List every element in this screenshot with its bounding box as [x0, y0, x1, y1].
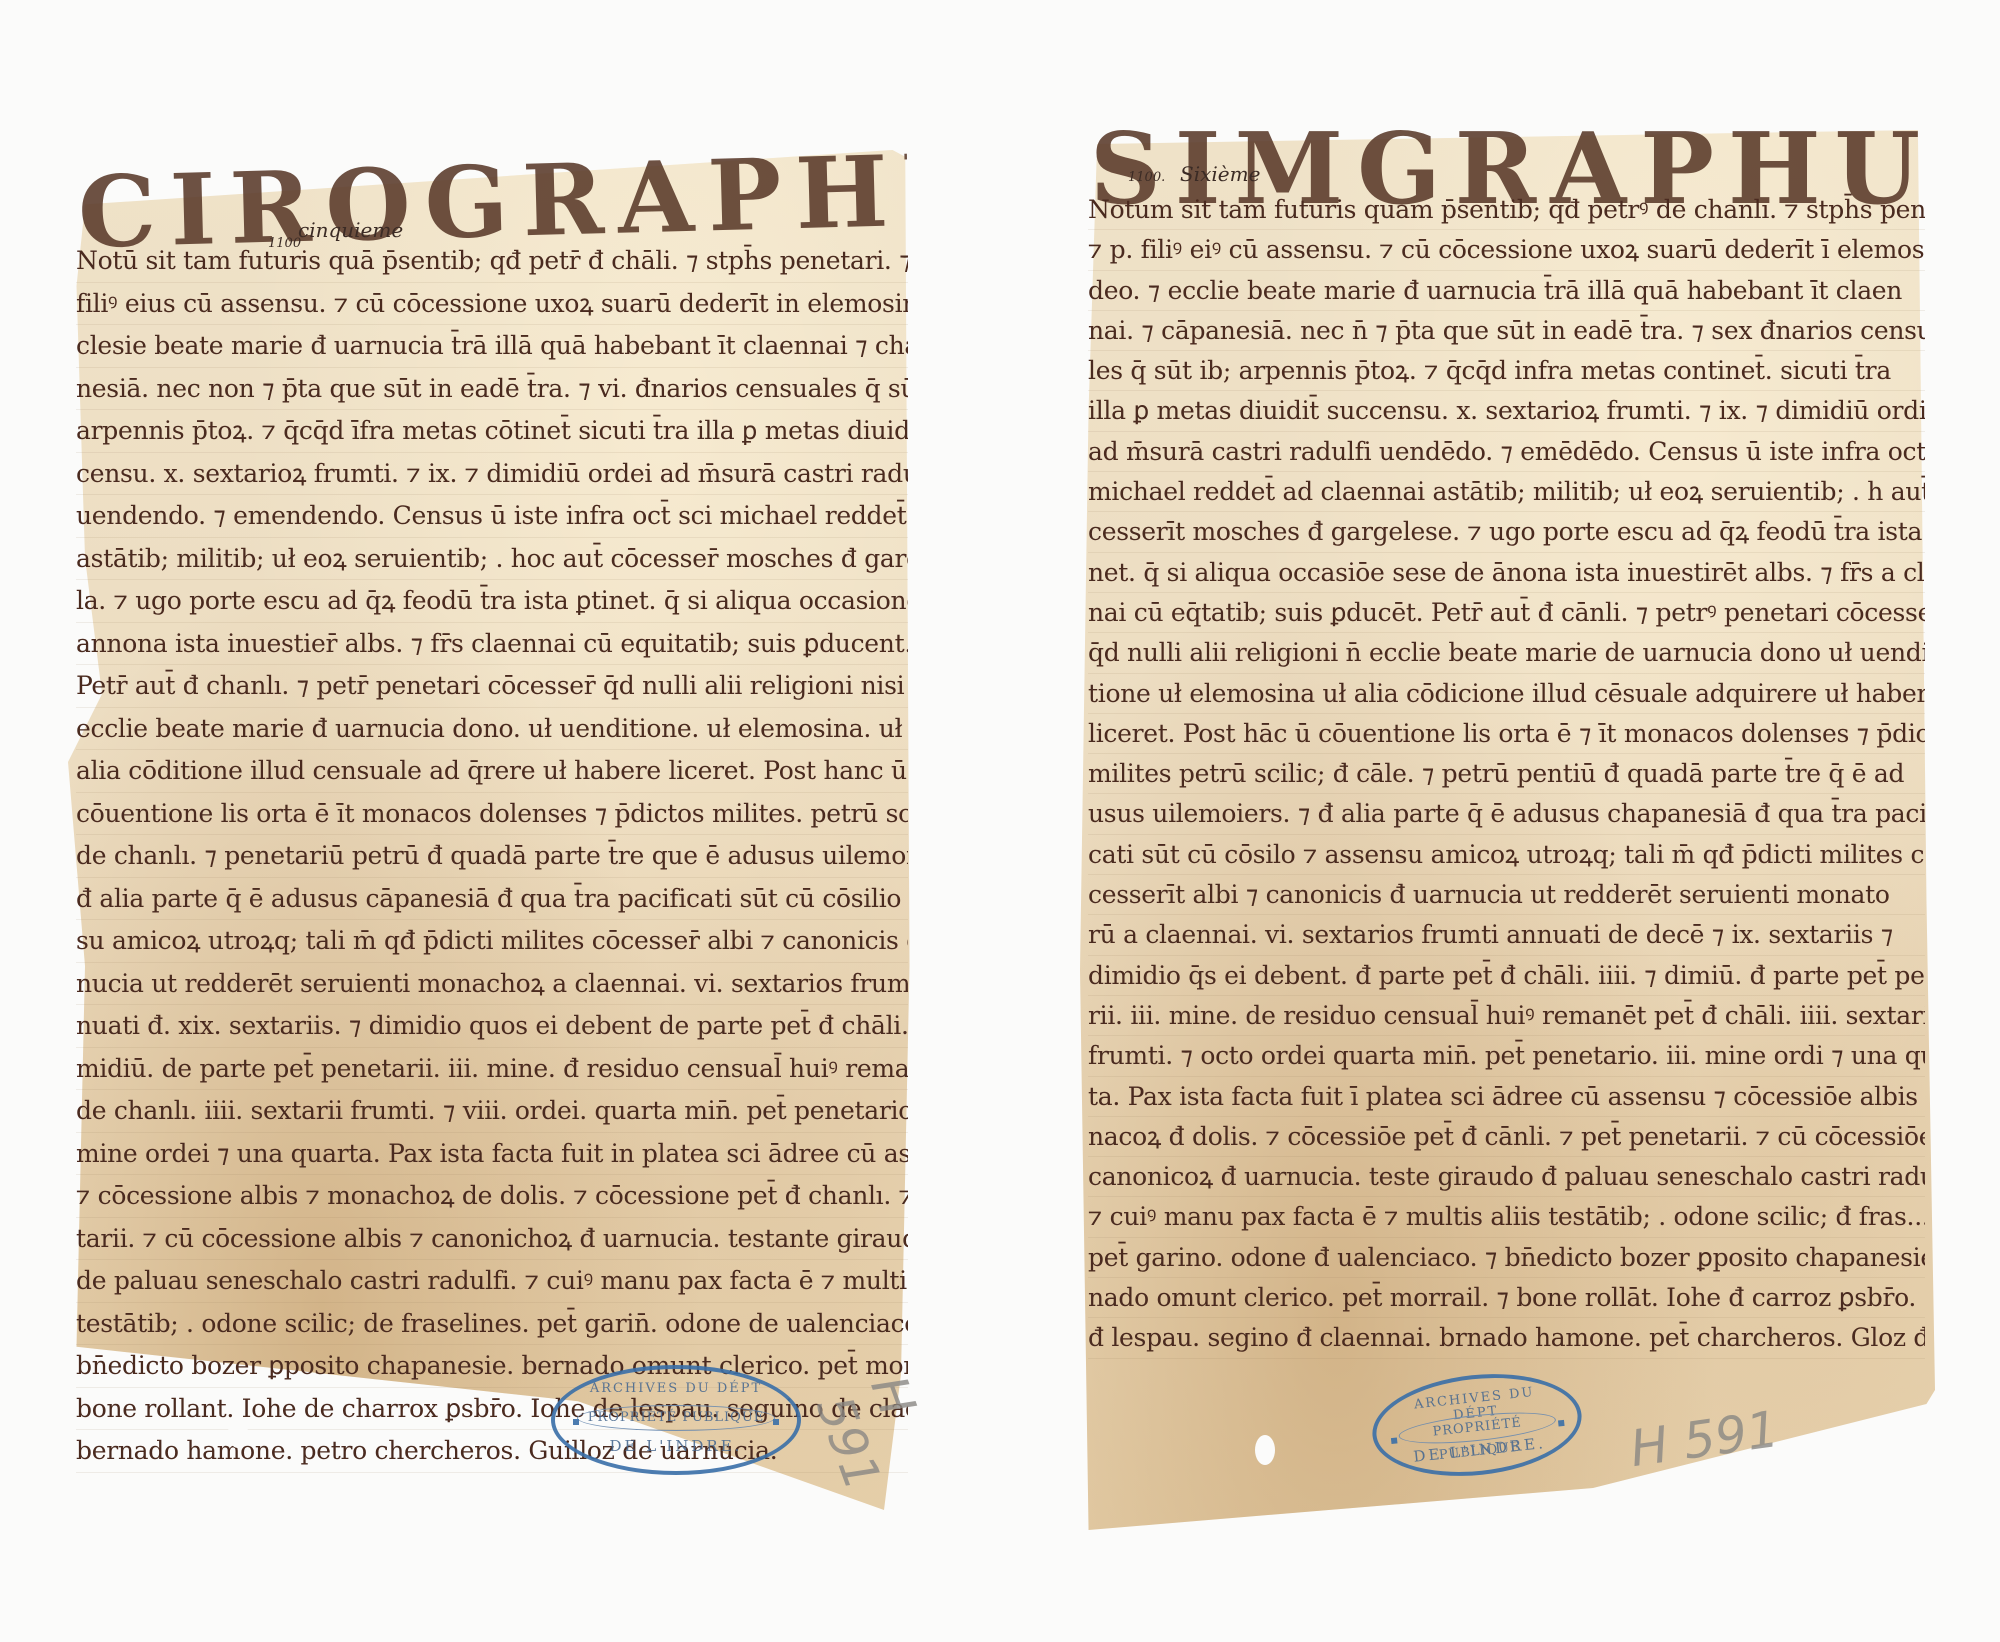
text-line: filiꝰ eius cū assensu. ⁊ cū cōcessione u…	[76, 283, 908, 326]
text-line: bn̄edicto bozer ꝑposito chapanesie. bern…	[76, 1345, 908, 1388]
text-line: usus uilemoiers. ⁊ đ alia parte q̄ ē adu…	[1088, 794, 1925, 834]
text-line: Notum sit tam futuris quam p̄sentib; qđ …	[1088, 190, 1925, 230]
text-line: nai. ⁊ cāpanesiā. nec n̄ ⁊ p̄ta que sūt …	[1088, 311, 1925, 351]
text-line: de chanlı. ⁊ penetariū petrū đ quadā par…	[76, 835, 908, 878]
text-line: đ alia parte q̄ ē adusus cāpanesiā đ qua…	[76, 878, 908, 921]
text-line: testātib; . odone scilic; de fraselines.…	[76, 1303, 908, 1346]
text-line: nado omunt clerico. pet̄ morrail. ⁊ bone…	[1088, 1278, 1925, 1318]
parchment-hole	[228, 1418, 248, 1448]
charter-text-right: Notum sit tam futuris quam p̄sentib; qđ …	[1088, 190, 1925, 1359]
archive-stamp-left: ARCHIVES DU DÉPT PROPRIÉTÉ PUBLIQUE DE L…	[551, 1365, 801, 1475]
text-line: cesserīt albi ⁊ canonicis đ uarnucia ut …	[1088, 875, 1925, 915]
sequence-annotation-right: Sixième	[1180, 162, 1260, 186]
text-line: Petr̄ aut̄ đ chanlı. ⁊ petr̄ penetari cō…	[76, 665, 908, 708]
text-line: net. q̄ si aliqua occasiōe sese de ānona…	[1088, 553, 1925, 593]
text-line: milites petrū scilic; đ cāle. ⁊ petrū pe…	[1088, 754, 1925, 794]
text-line: les q̄ sūt ib; arpennis p̄toꝝ. ⁊ q̄cq̄d …	[1088, 351, 1925, 391]
text-line: censu. x. sextarioꝝ frumti. ⁊ ix. ⁊ dimi…	[76, 453, 908, 496]
text-line: tione uł elemosina uł alia cōdicione ill…	[1088, 674, 1925, 714]
stamp-ring-text: ARCHIVES DU DÉPT	[585, 1381, 767, 1396]
text-line: rii. iii. mine. de residuo censual̄ huiꝰ…	[1088, 996, 1925, 1036]
text-line: ad m̄surā castri radulfi uendēdo. ⁊ emēd…	[1088, 432, 1925, 472]
charter-text-left: Notū sit tam futuris quā p̄sentib; qđ pe…	[76, 240, 908, 1473]
text-line: canonicoꝝ đ uarnucia. teste giraudo đ pa…	[1088, 1157, 1925, 1197]
text-line: michael reddet̄ ad claennai astātib; mil…	[1088, 472, 1925, 512]
right-charter-fragment: SIMGRAPHUS 1100. Sixième Notum sit tam f…	[1080, 130, 1935, 1530]
stamp-star-icon	[1391, 1437, 1398, 1444]
text-line: nacoꝝ đ dolis. ⁊ cōcessiōe pet̄ đ cānli.…	[1088, 1117, 1925, 1157]
left-charter-fragment: CIROGRAPHUS 1100 cinquieme Notū sit tam …	[68, 150, 918, 1510]
text-line: clesie beate marie đ uarnucia t̄rā illā …	[76, 325, 908, 368]
text-line: cōuentione lis orta ē īt monacos dolense…	[76, 793, 908, 836]
text-line: ecclie beate marie đ uarnucia dono. uł u…	[76, 708, 908, 751]
text-line: ⁊ cuiꝰ manu pax facta ē ⁊ multis aliis t…	[1088, 1197, 1925, 1237]
text-line: nesiā. nec non ⁊ p̄ta que sūt in eadē t̄…	[76, 368, 908, 411]
text-line: deo. ⁊ ecclie beate marie đ uarnucia t̄r…	[1088, 271, 1925, 311]
stamp-bottom-text: DE L'INDRE.	[555, 1437, 797, 1455]
text-line: alia cōditione illud censuale ad q̄rere …	[76, 750, 908, 793]
text-line: arpennis p̄toꝝ. ⁊ q̄cq̄d īfra metas cōti…	[76, 410, 908, 453]
text-line: astātib; militib; uł eoꝝ seruientib; . h…	[76, 538, 908, 581]
stamp-star-icon	[573, 1419, 579, 1425]
text-line: liceret. Post hāc ū cōuentione lis orta …	[1088, 714, 1925, 754]
archival-number-annotation-right: 1100.	[1128, 170, 1165, 185]
text-line: de paluau seneschalo castri radulfi. ⁊ c…	[76, 1260, 908, 1303]
text-line: nucia ut redderēt seruienti monachoꝝ a c…	[76, 963, 908, 1006]
text-line: illa ꝑ metas diuidit̄ succensu. x. sexta…	[1088, 391, 1925, 431]
text-line: de chanlı. iiii. sextarii frumti. ⁊ viii…	[76, 1090, 908, 1133]
text-line: ⁊ cōcessione albis ⁊ monachoꝝ de dolis. …	[76, 1175, 908, 1218]
text-line: q̄d nulli alii religioni n̄ ecclie beate…	[1088, 633, 1925, 673]
text-line: pet̄ garino. odone đ ualenciaco. ⁊ bn̄ed…	[1088, 1238, 1925, 1278]
text-line: dimidio q̄s ei debent. đ parte pet̄ đ ch…	[1088, 956, 1925, 996]
text-line: nai cū eq̄tatib; suis ꝑducēt. Petr̄ aut̄…	[1088, 593, 1925, 633]
stamp-star-icon	[773, 1419, 779, 1425]
text-line: ta. Pax ista facta fuit ī platea sci ādr…	[1088, 1077, 1925, 1117]
text-line: annona ista inuestier̄ albs. ⁊ fr̄s clae…	[76, 623, 908, 666]
text-line: rū a claennai. vi. sextarios frumti annu…	[1088, 915, 1925, 955]
text-line: tarii. ⁊ cū cōcessione albis ⁊ canonicho…	[76, 1218, 908, 1261]
text-line: su amicoꝝ utroꝝq; tali m̄ qđ p̄dicti mil…	[76, 920, 908, 963]
text-line: Notū sit tam futuris quā p̄sentib; qđ pe…	[76, 240, 908, 283]
text-line: cati sūt cū cōsilo ⁊ assensu amicoꝝ utro…	[1088, 835, 1925, 875]
text-line: frumti. ⁊ octo ordei quarta min̄. pet̄ p…	[1088, 1036, 1925, 1076]
text-line: đ lespau. segino đ claennai. brnado hamo…	[1088, 1318, 1925, 1358]
text-line: nuati đ. xix. sextariis. ⁊ dimidio quos …	[76, 1005, 908, 1048]
text-line: mine ordei ⁊ una quarta. Pax ista facta …	[76, 1133, 908, 1176]
text-line: la. ⁊ ugo porte escu ad q̄ꝝ feodū t̄ra i…	[76, 580, 908, 623]
stamp-star-icon	[1558, 1420, 1565, 1427]
text-line: cesserīt mosches đ gargelese. ⁊ ugo port…	[1088, 512, 1925, 552]
text-line: midiū. de parte pet̄ penetarii. iii. min…	[76, 1048, 908, 1091]
text-line: uendendo. ⁊ emendendo. Census ū iste inf…	[76, 495, 908, 538]
sequence-annotation-left: cinquieme	[298, 218, 403, 242]
parchment-hole	[1255, 1435, 1275, 1465]
text-line: ⁊ p. filiꝰ eiꝰ cū assensu. ⁊ cū cōcessio…	[1088, 230, 1925, 270]
stamp-middle-text: PROPRIÉTÉ PUBLIQUE	[577, 1405, 775, 1431]
